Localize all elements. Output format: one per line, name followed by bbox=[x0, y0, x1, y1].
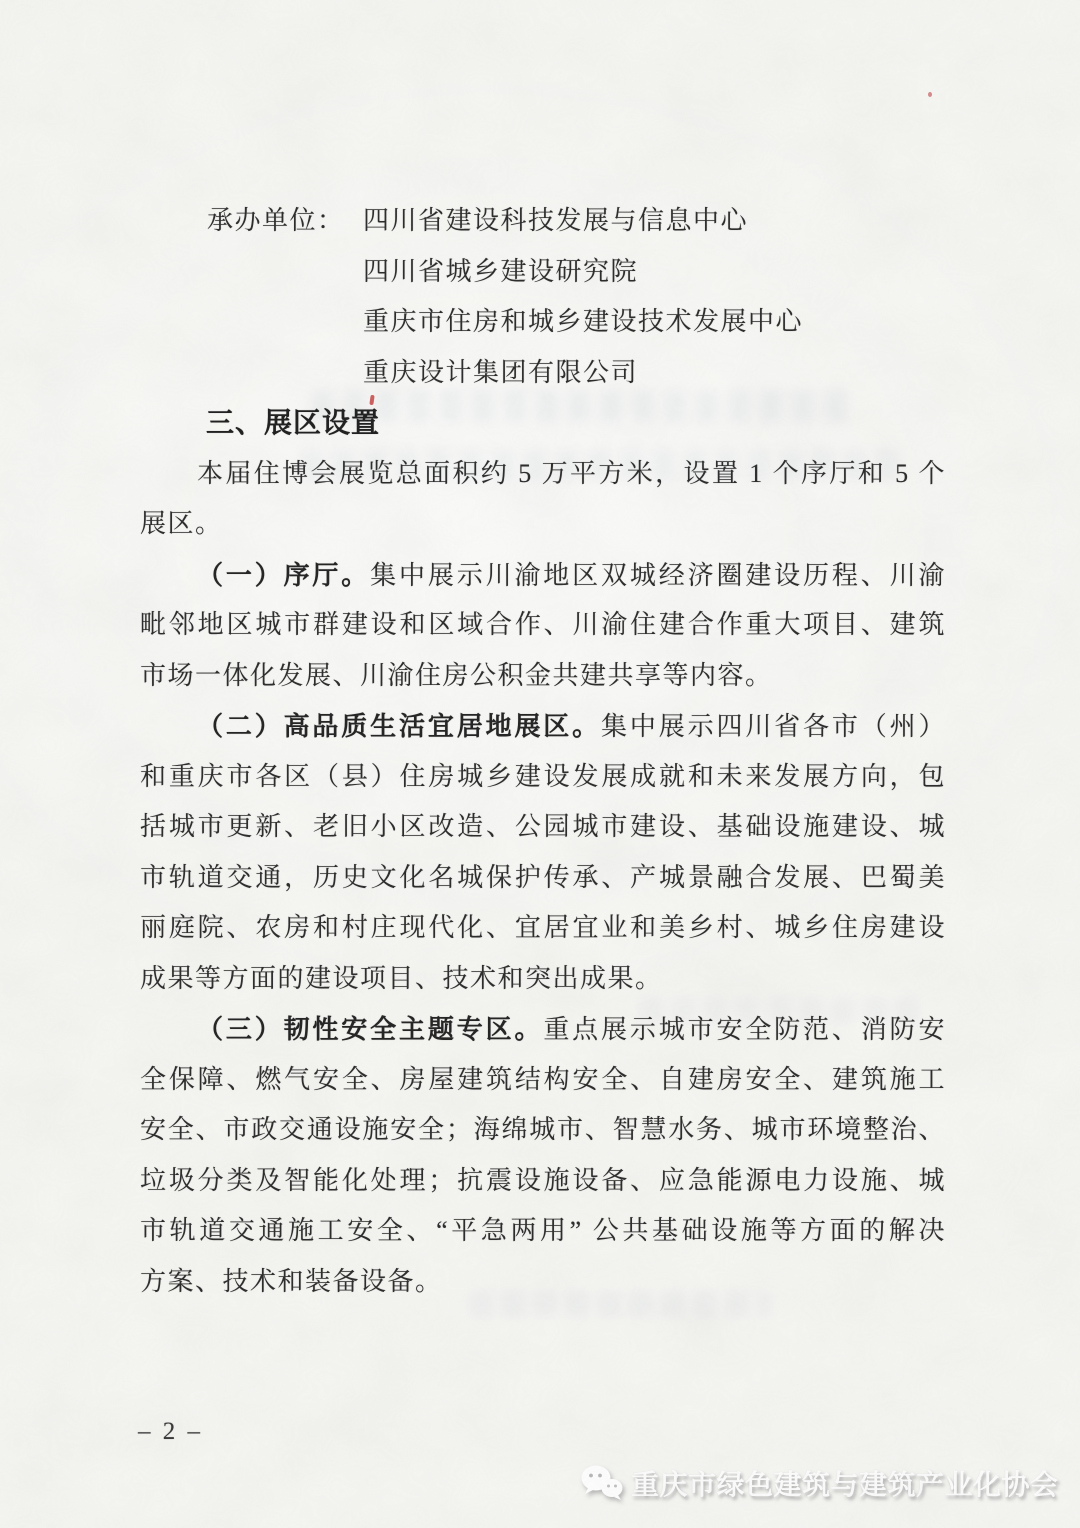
paragraph-line: 和重庆市各区（县）住房城乡建设发展成就和未来发展方向，包 bbox=[140, 752, 946, 803]
page-number: – 2 – bbox=[138, 1418, 203, 1446]
subsection-label: （二）高品质生活宜居地展区。 bbox=[197, 711, 601, 741]
paragraph-line: 成果等方面的建设项目、技术和突出成果。 bbox=[140, 954, 946, 1005]
paragraph-line: 垃圾分类及智能化处理；抗震设施设备、应急能源电力设施、城 bbox=[140, 1156, 946, 1207]
paragraph-text: 重点展示城市安全防范、消防安 bbox=[543, 1015, 946, 1044]
paragraph-line: 全保障、燃气安全、房屋建筑结构安全、自建房安全、建筑施工 bbox=[140, 1055, 946, 1106]
paragraph-line: 毗邻地区城市群建设和区域合作、川渝住建合作重大项目、建筑 bbox=[140, 600, 946, 651]
document-content: 承办单位：四川省建设科技发展与信息中心 四川省城乡建设研究院 重庆市住房和城乡建… bbox=[140, 196, 946, 1307]
watermark-text: 重庆市绿色建筑与建筑产业化协会 bbox=[631, 1463, 1059, 1503]
paragraph-line: 方案、技术和装备设备。 bbox=[140, 1257, 946, 1308]
organizer-name: 四川省城乡建设研究院 bbox=[363, 247, 638, 298]
paragraph-text: 集中展示川渝地区双城经济圈建设历程、川渝 bbox=[370, 561, 946, 590]
organizer-name: 重庆市住房和城乡建设技术发展中心 bbox=[363, 297, 803, 348]
paragraph-line: 市轨道交通施工安全、“平急两用” 公共基础设施等方面的解决 bbox=[140, 1206, 946, 1257]
scanned-document-page: 承办单位：四川省建设科技发展与信息中心 四川省城乡建设研究院 重庆市住房和城乡建… bbox=[0, 0, 1080, 1528]
organizer-row: 四川省城乡建设研究院 bbox=[140, 247, 946, 298]
organizer-row: 承办单位：四川省建设科技发展与信息中心 bbox=[140, 196, 946, 247]
organizer-row: 重庆市住房和城乡建设技术发展中心 bbox=[140, 297, 946, 348]
paragraph-line: （二）高品质生活宜居地展区。集中展示四川省各市（州） bbox=[140, 701, 946, 752]
paragraph-line: 市轨道交通，历史文化名城保护传承、产城景融合发展、巴蜀美 bbox=[140, 853, 946, 904]
paragraph-line: （三）韧性安全主题专区。重点展示城市安全防范、消防安 bbox=[140, 1004, 946, 1055]
paragraph-text: 集中展示四川省各市（州） bbox=[601, 712, 946, 741]
wechat-watermark: 重庆市绿色建筑与建筑产业化协会 bbox=[580, 1458, 1059, 1508]
organizer-name: 重庆设计集团有限公司 bbox=[363, 348, 638, 399]
organizer-label: 承办单位： bbox=[207, 196, 363, 247]
paragraph-line: 安全、市政交通设施安全；海绵城市、智慧水务、城市环境整治、 bbox=[140, 1105, 946, 1156]
organizer-row: 重庆设计集团有限公司 bbox=[140, 348, 946, 399]
section-heading: 三、展区设置 bbox=[206, 398, 946, 449]
wechat-icon bbox=[580, 1463, 624, 1503]
paragraph-line: （一）序厅。集中展示川渝地区双城经济圈建设历程、川渝 bbox=[140, 550, 946, 601]
organizer-name: 四川省建设科技发展与信息中心 bbox=[363, 206, 748, 235]
paragraph-line: 括城市更新、老旧小区改造、公园城市建设、基础设施建设、城 bbox=[140, 802, 946, 853]
subsection-label: （一）序厅。 bbox=[197, 560, 370, 590]
paragraph-line: 丽庭院、农房和村庄现代化、宜居宜业和美乡村、城乡住房建设 bbox=[140, 903, 946, 954]
paragraph-line: 本届住博会展览总面积约 5 万平方米，设置 1 个序厅和 5 个 bbox=[140, 449, 946, 500]
subsection-label: （三）韧性安全主题专区。 bbox=[197, 1014, 543, 1044]
paragraph-line: 展区。 bbox=[140, 499, 946, 550]
paragraph-line: 市场一体化发展、川渝住房公积金共建共享等内容。 bbox=[140, 651, 946, 702]
red-ink-speck bbox=[928, 92, 932, 97]
